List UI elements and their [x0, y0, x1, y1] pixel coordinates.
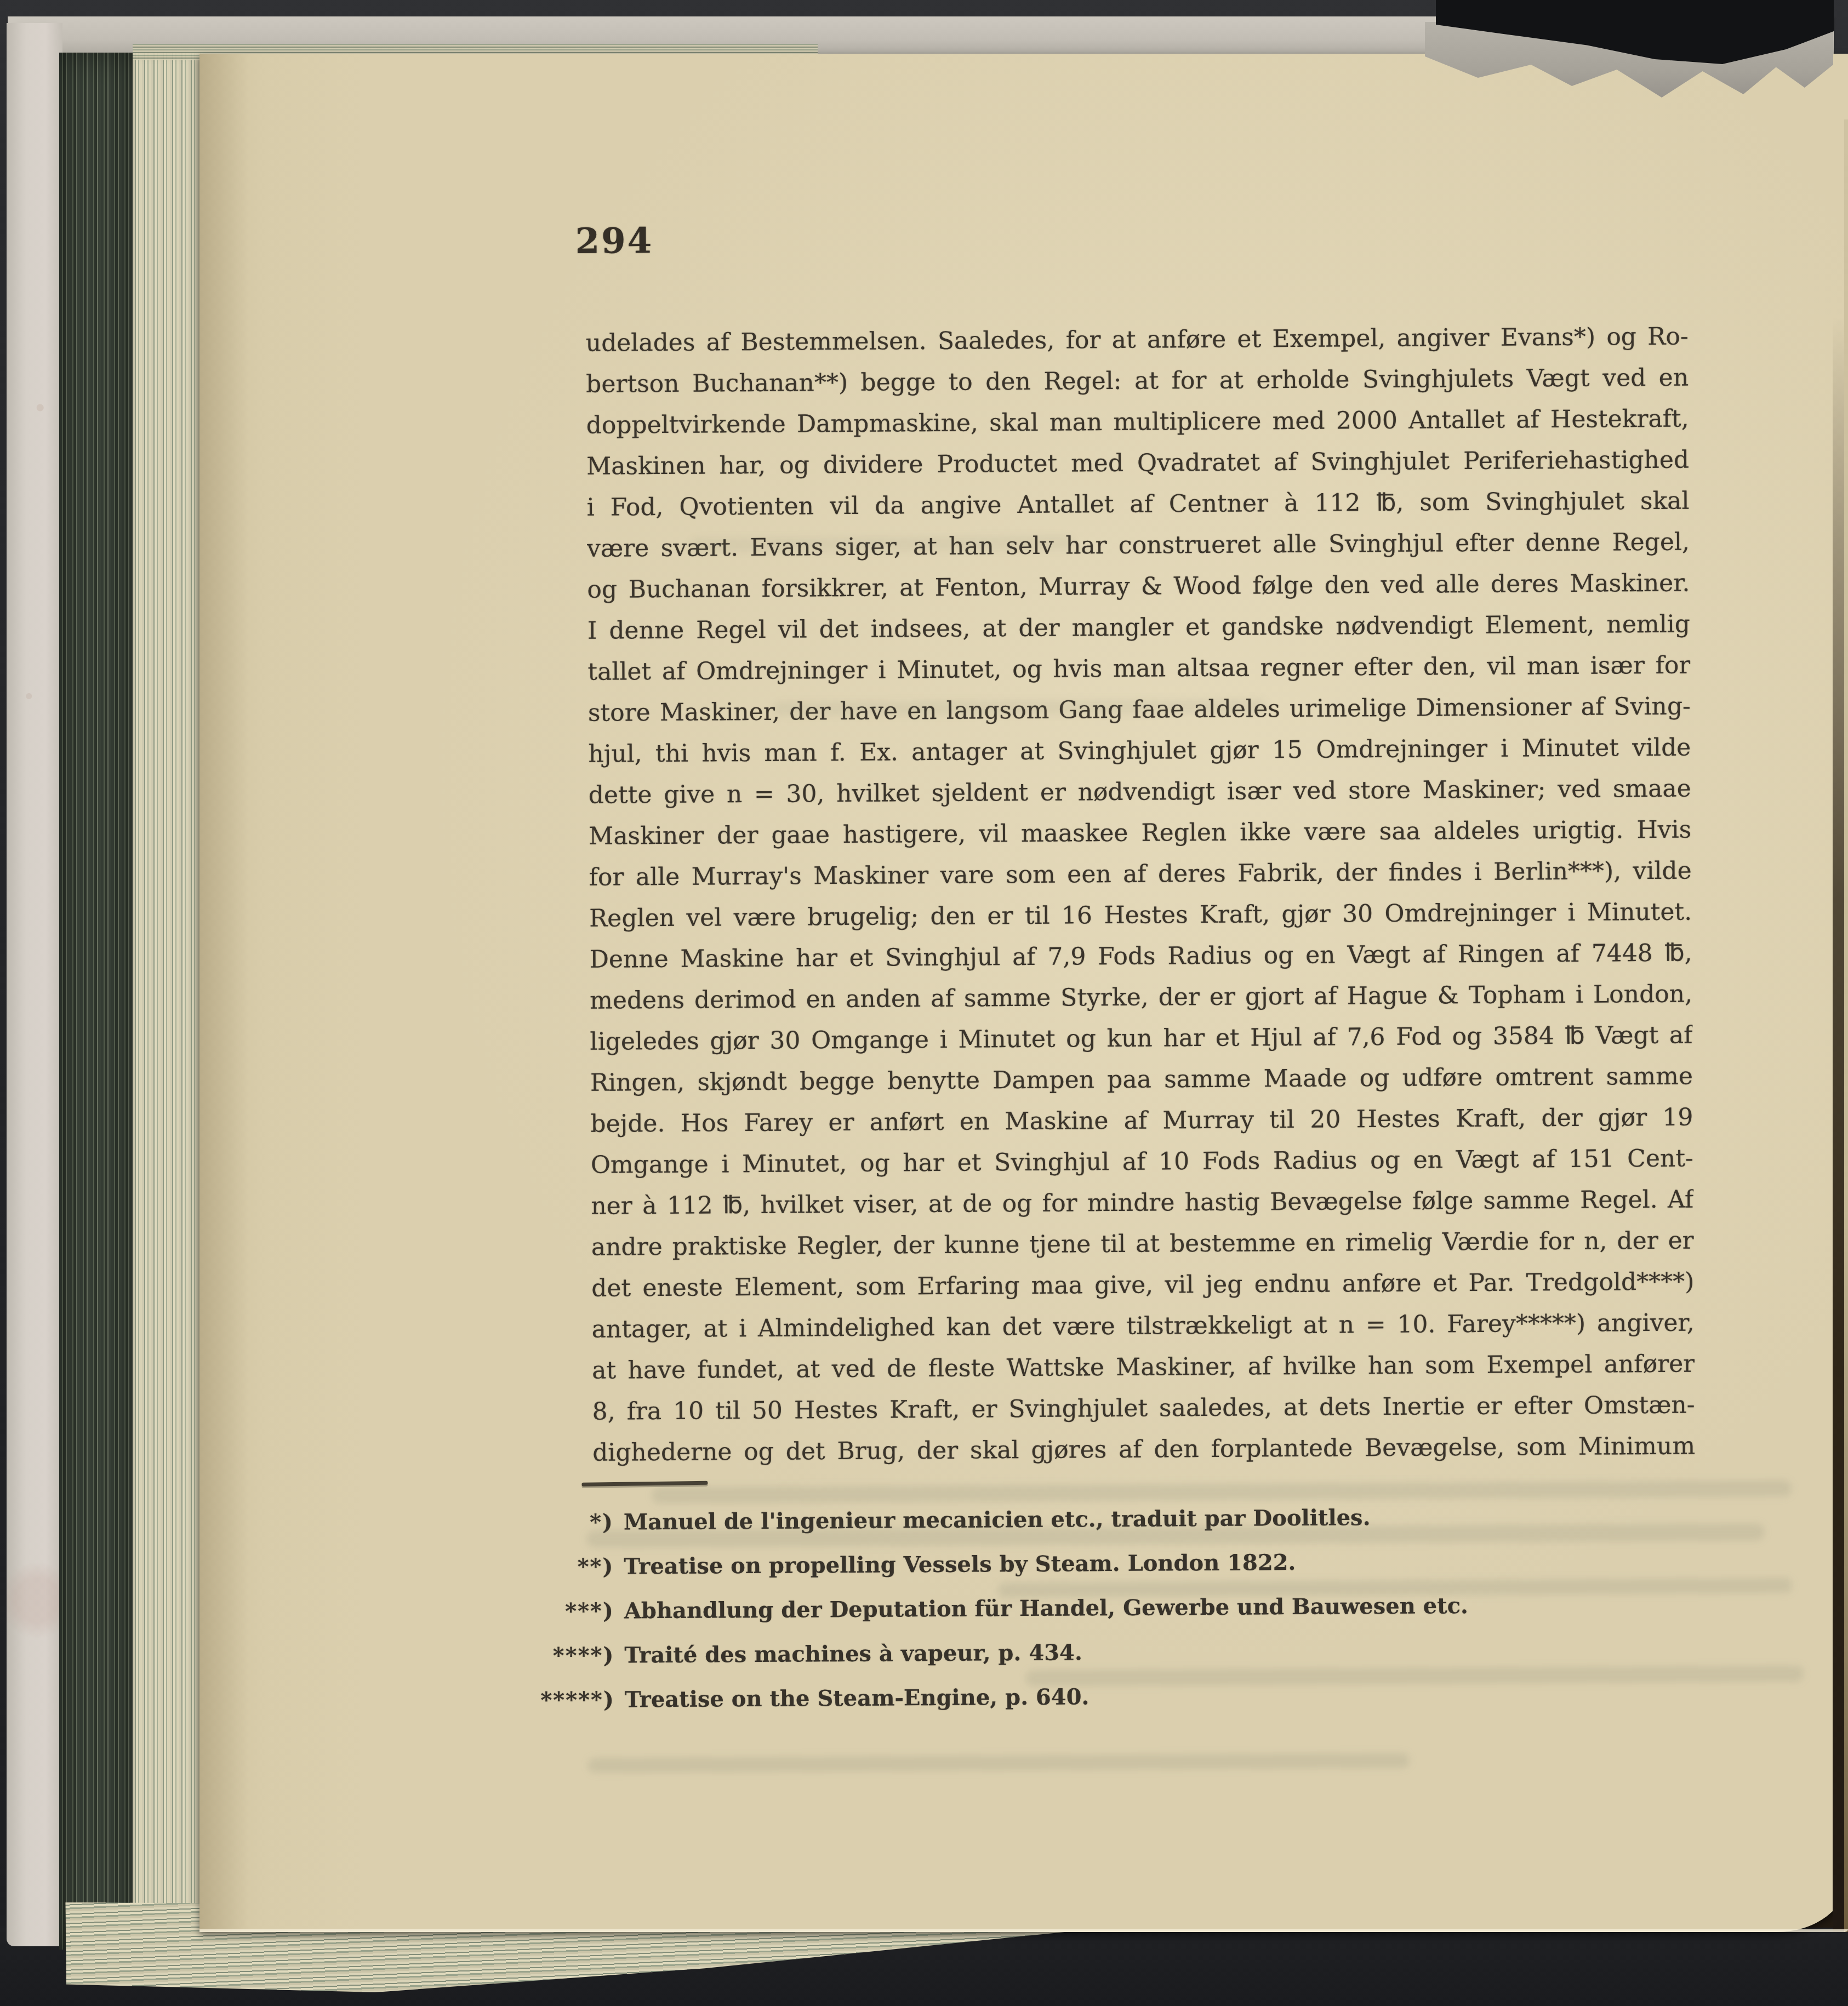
footnote-separator-rule	[581, 1481, 708, 1487]
body-text: udelades af Bestemmelsen. Saaledes, for …	[586, 316, 1696, 1473]
body-line: I denne Regel vil det indsees, at der ma…	[588, 604, 1690, 651]
page-edges-stack-light	[133, 53, 202, 1943]
footnote-marker: *****)	[521, 1687, 615, 1713]
body-line: andre praktiske Regler, der kunne tjene …	[591, 1220, 1694, 1268]
body-line: tallet af Omdrejninger i Minutet, og hvi…	[588, 645, 1690, 693]
book-cover-left-edge	[7, 23, 62, 1946]
show-through-ghost	[690, 535, 1074, 552]
show-through-ghost	[773, 699, 1267, 716]
body-line: i Fod, Qvotienten vil da angive Antallet…	[586, 481, 1689, 528]
body-line: dighederne og det Brug, der skal gjøres …	[592, 1426, 1695, 1473]
body-line: og Buchanan forsikkrer, at Fenton, Murra…	[587, 563, 1690, 610]
page-content: 294 udelades af Bestemmelsen. Saaledes, …	[194, 49, 1848, 1937]
body-line: dette give n = 30, hvilket sjeldent er n…	[589, 768, 1691, 816]
body-line: for alle Murray's Maskiner vare som een …	[589, 850, 1691, 898]
footnote-text: Traité des machines à vapeur, p. 434.	[624, 1639, 1082, 1668]
body-line: doppeltvirkende Dampmaskine, skal man mu…	[586, 398, 1689, 446]
body-line: Maskiner der gaae hastigere, vil maaskee…	[589, 809, 1691, 857]
body-line: at have fundet, at ved de fleste Wattske…	[592, 1344, 1695, 1391]
body-line: det eneste Element, som Erfaring maa giv…	[591, 1261, 1694, 1309]
body-line: hjul, thi hvis man f. Ex. antager at Svi…	[588, 727, 1691, 775]
footnote-text: Treatise on the Steam-Engine, p. 640.	[625, 1684, 1090, 1712]
body-line: antager, at i Almindelighed kan det være…	[592, 1302, 1695, 1350]
footnote: ***) Abhandlung der Deputation für Hande…	[520, 1591, 1737, 1643]
body-line: Maskinen har, og dividere Productet med …	[586, 439, 1689, 487]
page-edges-stack-dark	[59, 53, 133, 1950]
show-through-ghost	[652, 1480, 1792, 1504]
body-line: udelades af Bestemmelsen. Saaledes, for …	[586, 316, 1689, 364]
body-line: bertson Buchanan**) begge to den Regel: …	[586, 357, 1689, 405]
footnote-marker: **)	[520, 1554, 614, 1580]
footnote-text: Treatise on propelling Vessels by Steam.…	[624, 1550, 1296, 1579]
book-page: 294 udelades af Bestemmelsen. Saaledes, …	[199, 54, 1848, 1932]
body-line: 8, fra 10 til 50 Hestes Kraft, er Svingh…	[592, 1385, 1695, 1432]
body-line: ner à 112 ℔, hvilket viser, at de og for…	[591, 1179, 1693, 1227]
body-line: Reglen vel være brugelig; den er til 16 …	[589, 891, 1692, 939]
page-number: 294	[575, 220, 653, 262]
footnote: *****) Treatise on the Steam-Engine, p. …	[521, 1680, 1737, 1732]
body-line: Omgange i Minutet, og har et Svinghjul a…	[591, 1138, 1693, 1186]
show-through-ghost	[588, 1753, 1410, 1773]
body-line: ligeledes gjør 30 Omgange i Minutet og k…	[590, 1015, 1692, 1062]
body-line: Ringen, skjøndt begge benytte Dampen paa…	[590, 1056, 1693, 1104]
body-line: medens derimod en anden af samme Styrke,…	[590, 974, 1692, 1021]
body-line: Denne Maskine har et Svinghjul af 7,9 Fo…	[589, 933, 1692, 980]
footnote-marker: ***)	[520, 1598, 614, 1625]
footnote-marker: ****)	[520, 1643, 614, 1669]
body-line: bejde. Hos Farey er anført en Maskine af…	[590, 1097, 1693, 1145]
